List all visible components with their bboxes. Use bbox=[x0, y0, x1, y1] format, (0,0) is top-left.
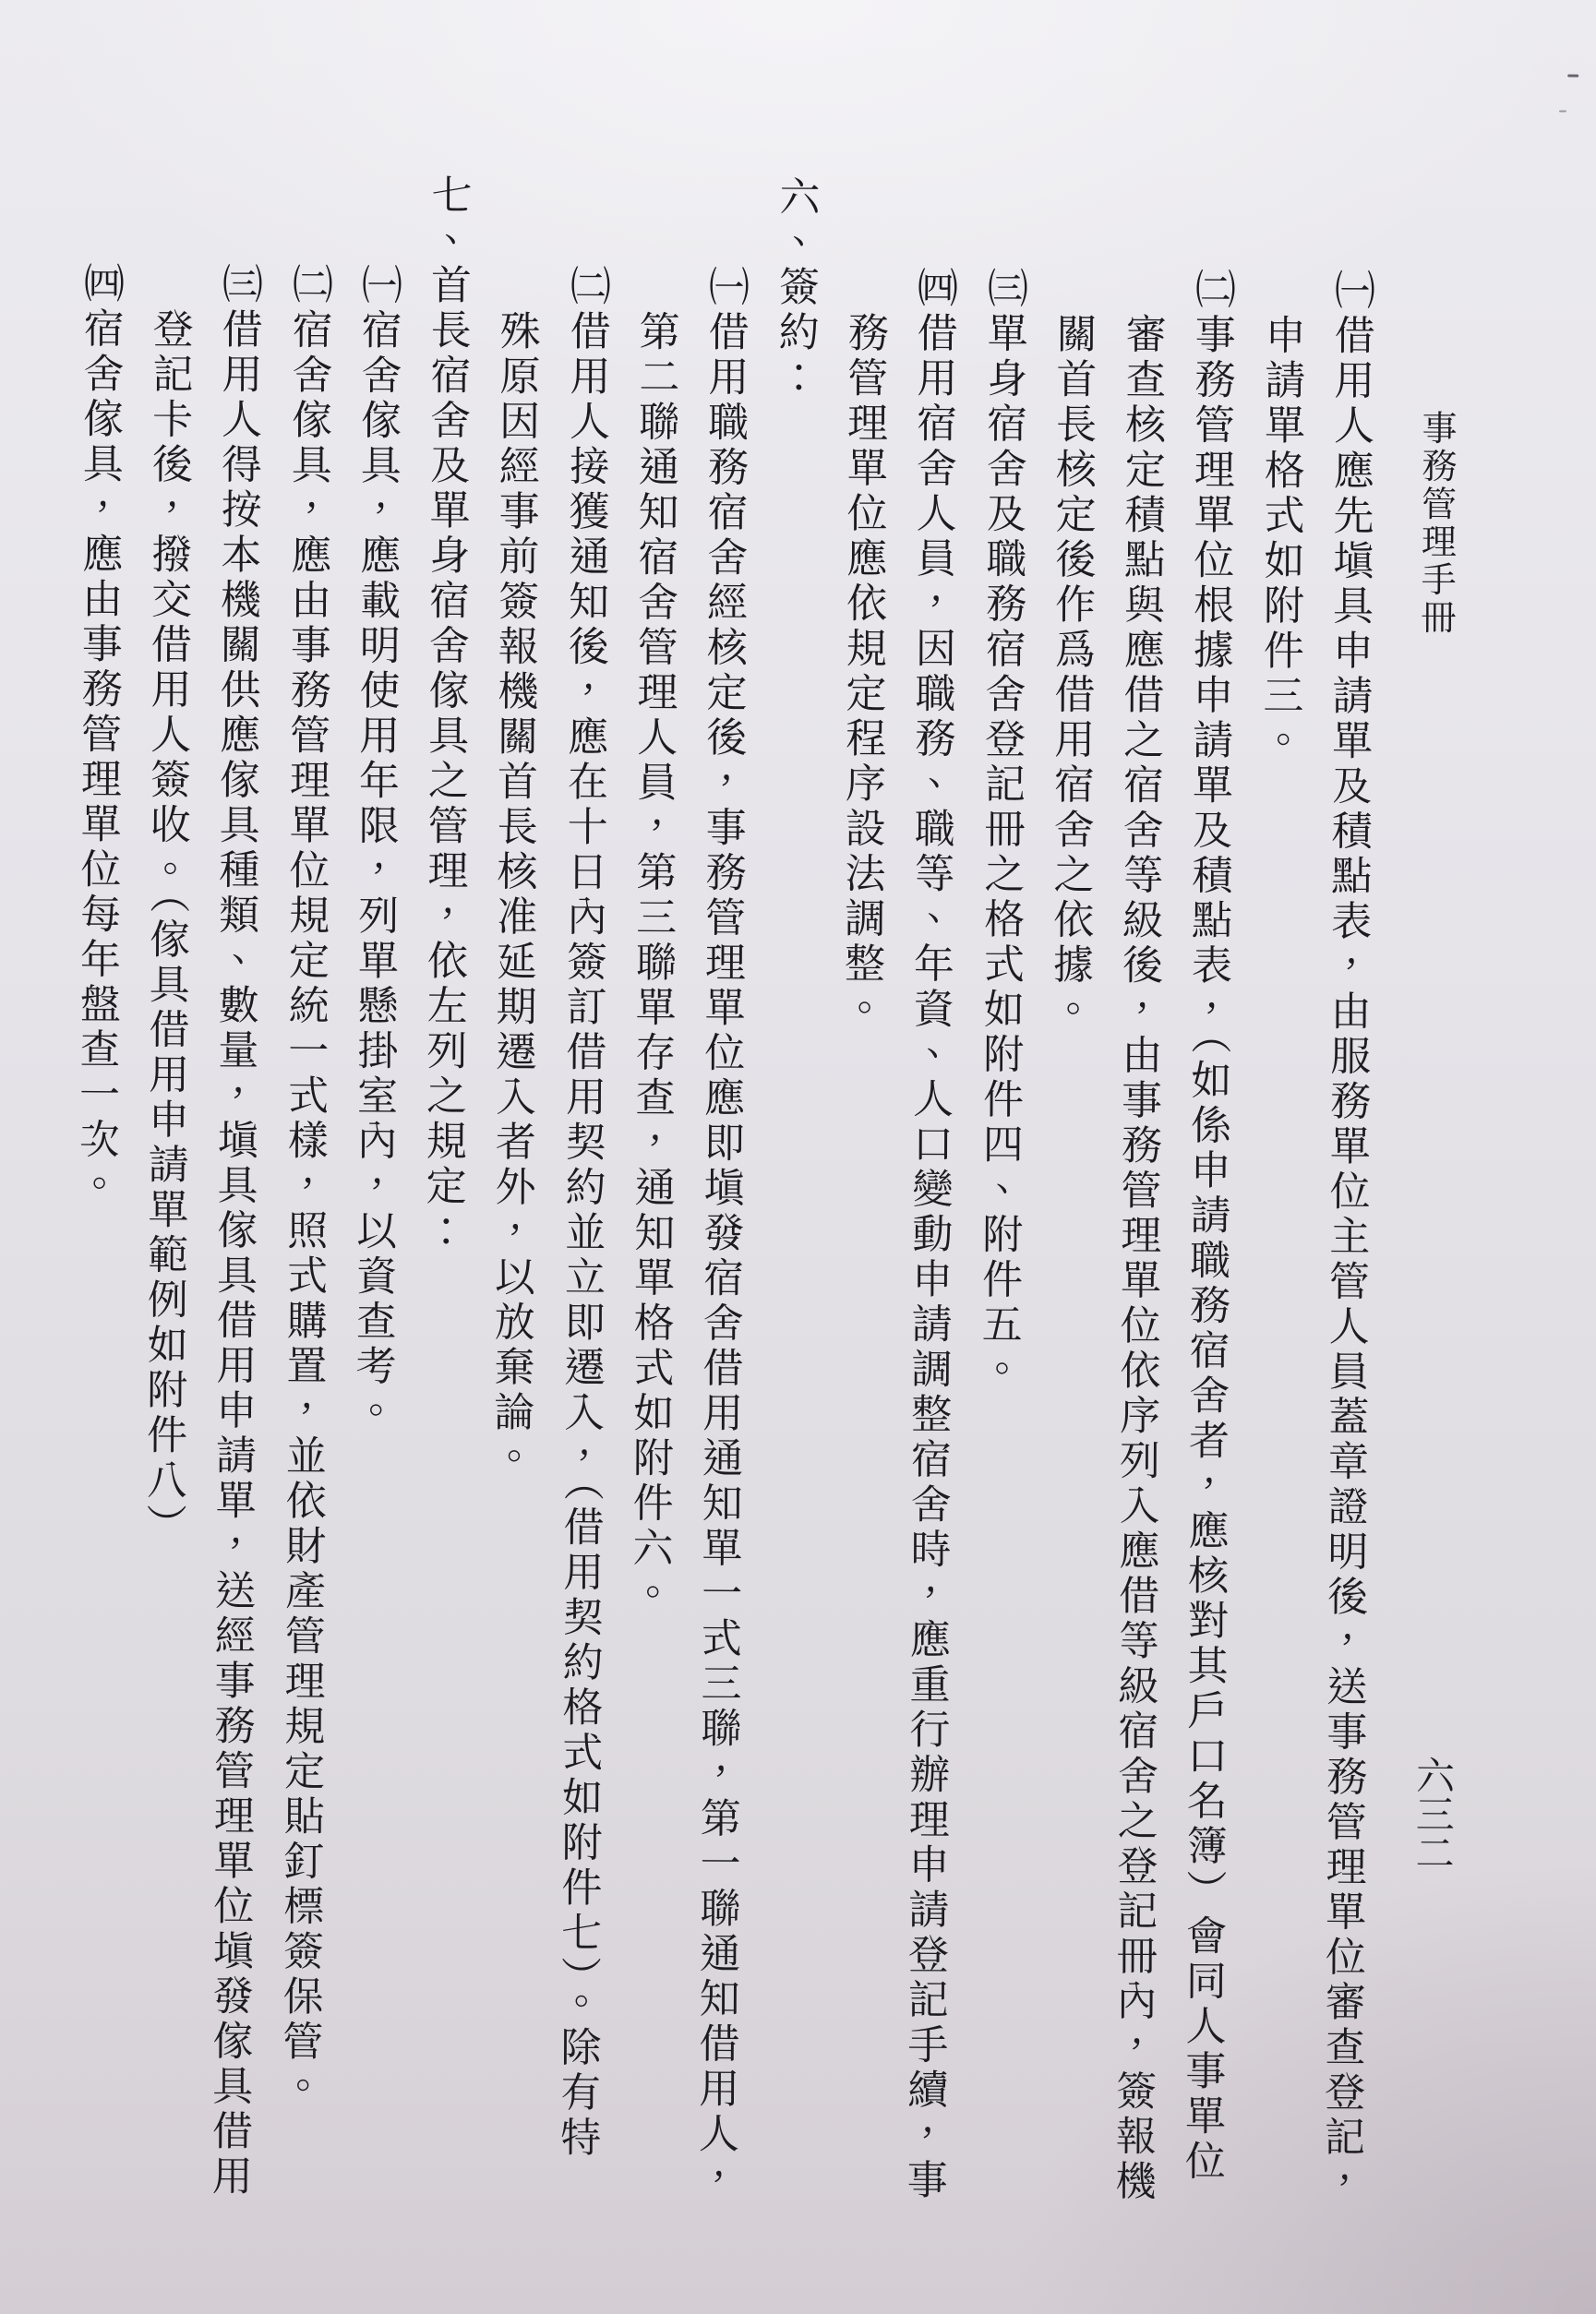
item-text: 事務管理單位根據申請單及積點表，（如係申請職務宿舍者，應核對其戶口名簿）會同人事… bbox=[1178, 313, 1235, 2185]
page-number: 六三二 bbox=[1413, 1756, 1453, 1872]
list-item-line: ㈢單身宿舍及職務宿舍登記冊之格式如附件四、附件五。 bbox=[975, 267, 1026, 1393]
list-item-continuation: 登記卡後，撥交借用人簽收。（傢具借用申請單範例如附件八） bbox=[139, 307, 190, 1549]
list-item-continuation: 申請單格式如附件三。 bbox=[1256, 314, 1303, 764]
list-item-line: ㈠借用職務宿舍經核定後，事務管理單位應即塡發宿舍借用通知單一式三聯，第一聯通知借… bbox=[692, 265, 748, 2202]
item-text: 第二聯通知宿舍管理人員，第三聯單存查，通知單格式如附件六。 bbox=[625, 310, 679, 1616]
item-marker: ㈣ bbox=[77, 262, 124, 307]
list-item-line: ㈣借用宿舍人員，因職務、職等、年資、人口變動申請調整宿舍時，應重行辦理申請登記手… bbox=[901, 267, 956, 2204]
item-marker: ㈢ bbox=[215, 263, 262, 308]
item-text: 宿舍傢具，應由事務管理單位每年盤查一次。 bbox=[71, 306, 123, 1207]
item-marker: ㈢ bbox=[980, 267, 1027, 312]
list-item-continuation: 關首長核定後作爲借用宿舍之依據。 bbox=[1046, 312, 1094, 1033]
item-text: 單身宿舍及職務宿舍登記冊之格式如附件四、附件五。 bbox=[974, 312, 1026, 1393]
item-text: 借用職務宿舍經核定後，事務管理單位應即塡發宿舍借用通知單一式三聯，第一聯通知借用… bbox=[691, 310, 749, 2202]
list-item-continuation: 務管理單位應依規定程序設法調整。 bbox=[837, 311, 885, 1032]
scan-speck bbox=[1559, 111, 1566, 113]
item-marker: ㈠ bbox=[354, 263, 402, 308]
item-marker: ㈠ bbox=[702, 265, 749, 310]
list-item-continuation: 第二聯通知宿舍管理人員，第三聯單存查，通知單格式如附件六。 bbox=[626, 310, 678, 1616]
item-text: 務管理單位應依規定程序設法調整。 bbox=[836, 311, 887, 1032]
list-item-line: ㈡宿舍傢具，應由事務管理單位規定統一式樣，照式購置，並依財產管理規定貼釘標簽保管… bbox=[276, 263, 330, 2110]
list-item-continuation: 殊原因經事前簽報機關首長核准延期遷入者外，以放棄論。 bbox=[487, 309, 538, 1481]
running-header: 事務管理手冊 bbox=[1417, 410, 1455, 637]
section-heading: 六、簽約： bbox=[772, 175, 817, 401]
item-text: 借用人應先塡具申請單及積點表，由服務單位主管人員蓋章證明後，送事務管理單位審查登… bbox=[1317, 314, 1374, 2206]
item-text: 宿舍傢具，應載明使用年限，列單懸掛室內，以資查考。 bbox=[348, 308, 402, 1434]
item-marker: ㈡ bbox=[1188, 268, 1235, 313]
item-marker: ㈡ bbox=[563, 265, 610, 310]
list-item-line: ㈠借用人應先塡具申請單及積點表，由服務單位主管人員蓋章證明後，送事務管理單位審查… bbox=[1318, 269, 1374, 2206]
item-text: 借用人得按本機關供應傢具種類、數量，塡具傢具借用申請單，送經事務管理單位塡發傢具… bbox=[205, 307, 262, 2200]
list-item-continuation: 審查核定積點與應借之宿舍等級後，由事務管理單位依序列入應借等級宿舍之登記冊內，簽… bbox=[1110, 313, 1164, 2205]
list-item-line: ㈢借用人得按本機關供應傢具種類、數量，塡具傢具借用申請單，送經事務管理單位塡發傢… bbox=[206, 263, 261, 2200]
item-text: 殊原因經事前簽報機關首長核准延期遷入者外，以放棄論。 bbox=[486, 309, 540, 1481]
list-item-line: ㈠宿舍傢具，應載明使用年限，列單懸掛室內，以資查考。 bbox=[349, 263, 400, 1434]
item-text: 登記卡後，撥交借用人簽收。（傢具借用申請單範例如附件八） bbox=[138, 307, 192, 1549]
item-text: 借用宿舍人員，因職務、職等、年資、人口變動申請調整宿舍時，應重行辦理申請登記手續… bbox=[900, 311, 957, 2203]
item-text: 宿舍傢具，應由事務管理單位規定統一式樣，照式購置，並依財產管理規定貼釘標簽保管。 bbox=[275, 308, 332, 2110]
list-item-line: ㈣宿舍傢具，應由事務管理單位每年盤查一次。 bbox=[72, 262, 122, 1208]
item-marker: ㈡ bbox=[285, 263, 332, 308]
item-text: 申請單格式如附件三。 bbox=[1255, 314, 1305, 764]
item-marker: ㈣ bbox=[910, 267, 957, 312]
list-item-line: ㈡借用人接獲通知後，應在十日內簽訂借用契約並立即遷入，（借用契約格式如附件七）。… bbox=[554, 265, 608, 2162]
item-marker: ㈠ bbox=[1327, 269, 1374, 314]
item-text: 關首長核定後作爲借用宿舍之依據。 bbox=[1045, 312, 1096, 1033]
scan-speck bbox=[1567, 75, 1578, 78]
item-text: 審查核定積點與應借之宿舍等級後，由事務管理單位依序列入應借等級宿舍之登記冊內，簽… bbox=[1109, 313, 1166, 2205]
scanned-book-page: 事務管理手冊 六三二 ㈠借用人應先塡具申請單及積點表，由服務單位主管人員蓋章證明… bbox=[0, 0, 1596, 2314]
section-heading: 七、首長宿舍及單身宿舍傢具之管理，依左列之規定： bbox=[419, 174, 469, 1254]
list-item-line: ㈡事務管理單位根據申請單及積點表，（如係申請職務宿舍者，應核對其戶口名簿）會同人… bbox=[1179, 268, 1233, 2185]
item-text: 借用人接獲通知後，應在十日內簽訂借用契約並立即遷入，（借用契約格式如附件七）。除… bbox=[553, 309, 610, 2161]
